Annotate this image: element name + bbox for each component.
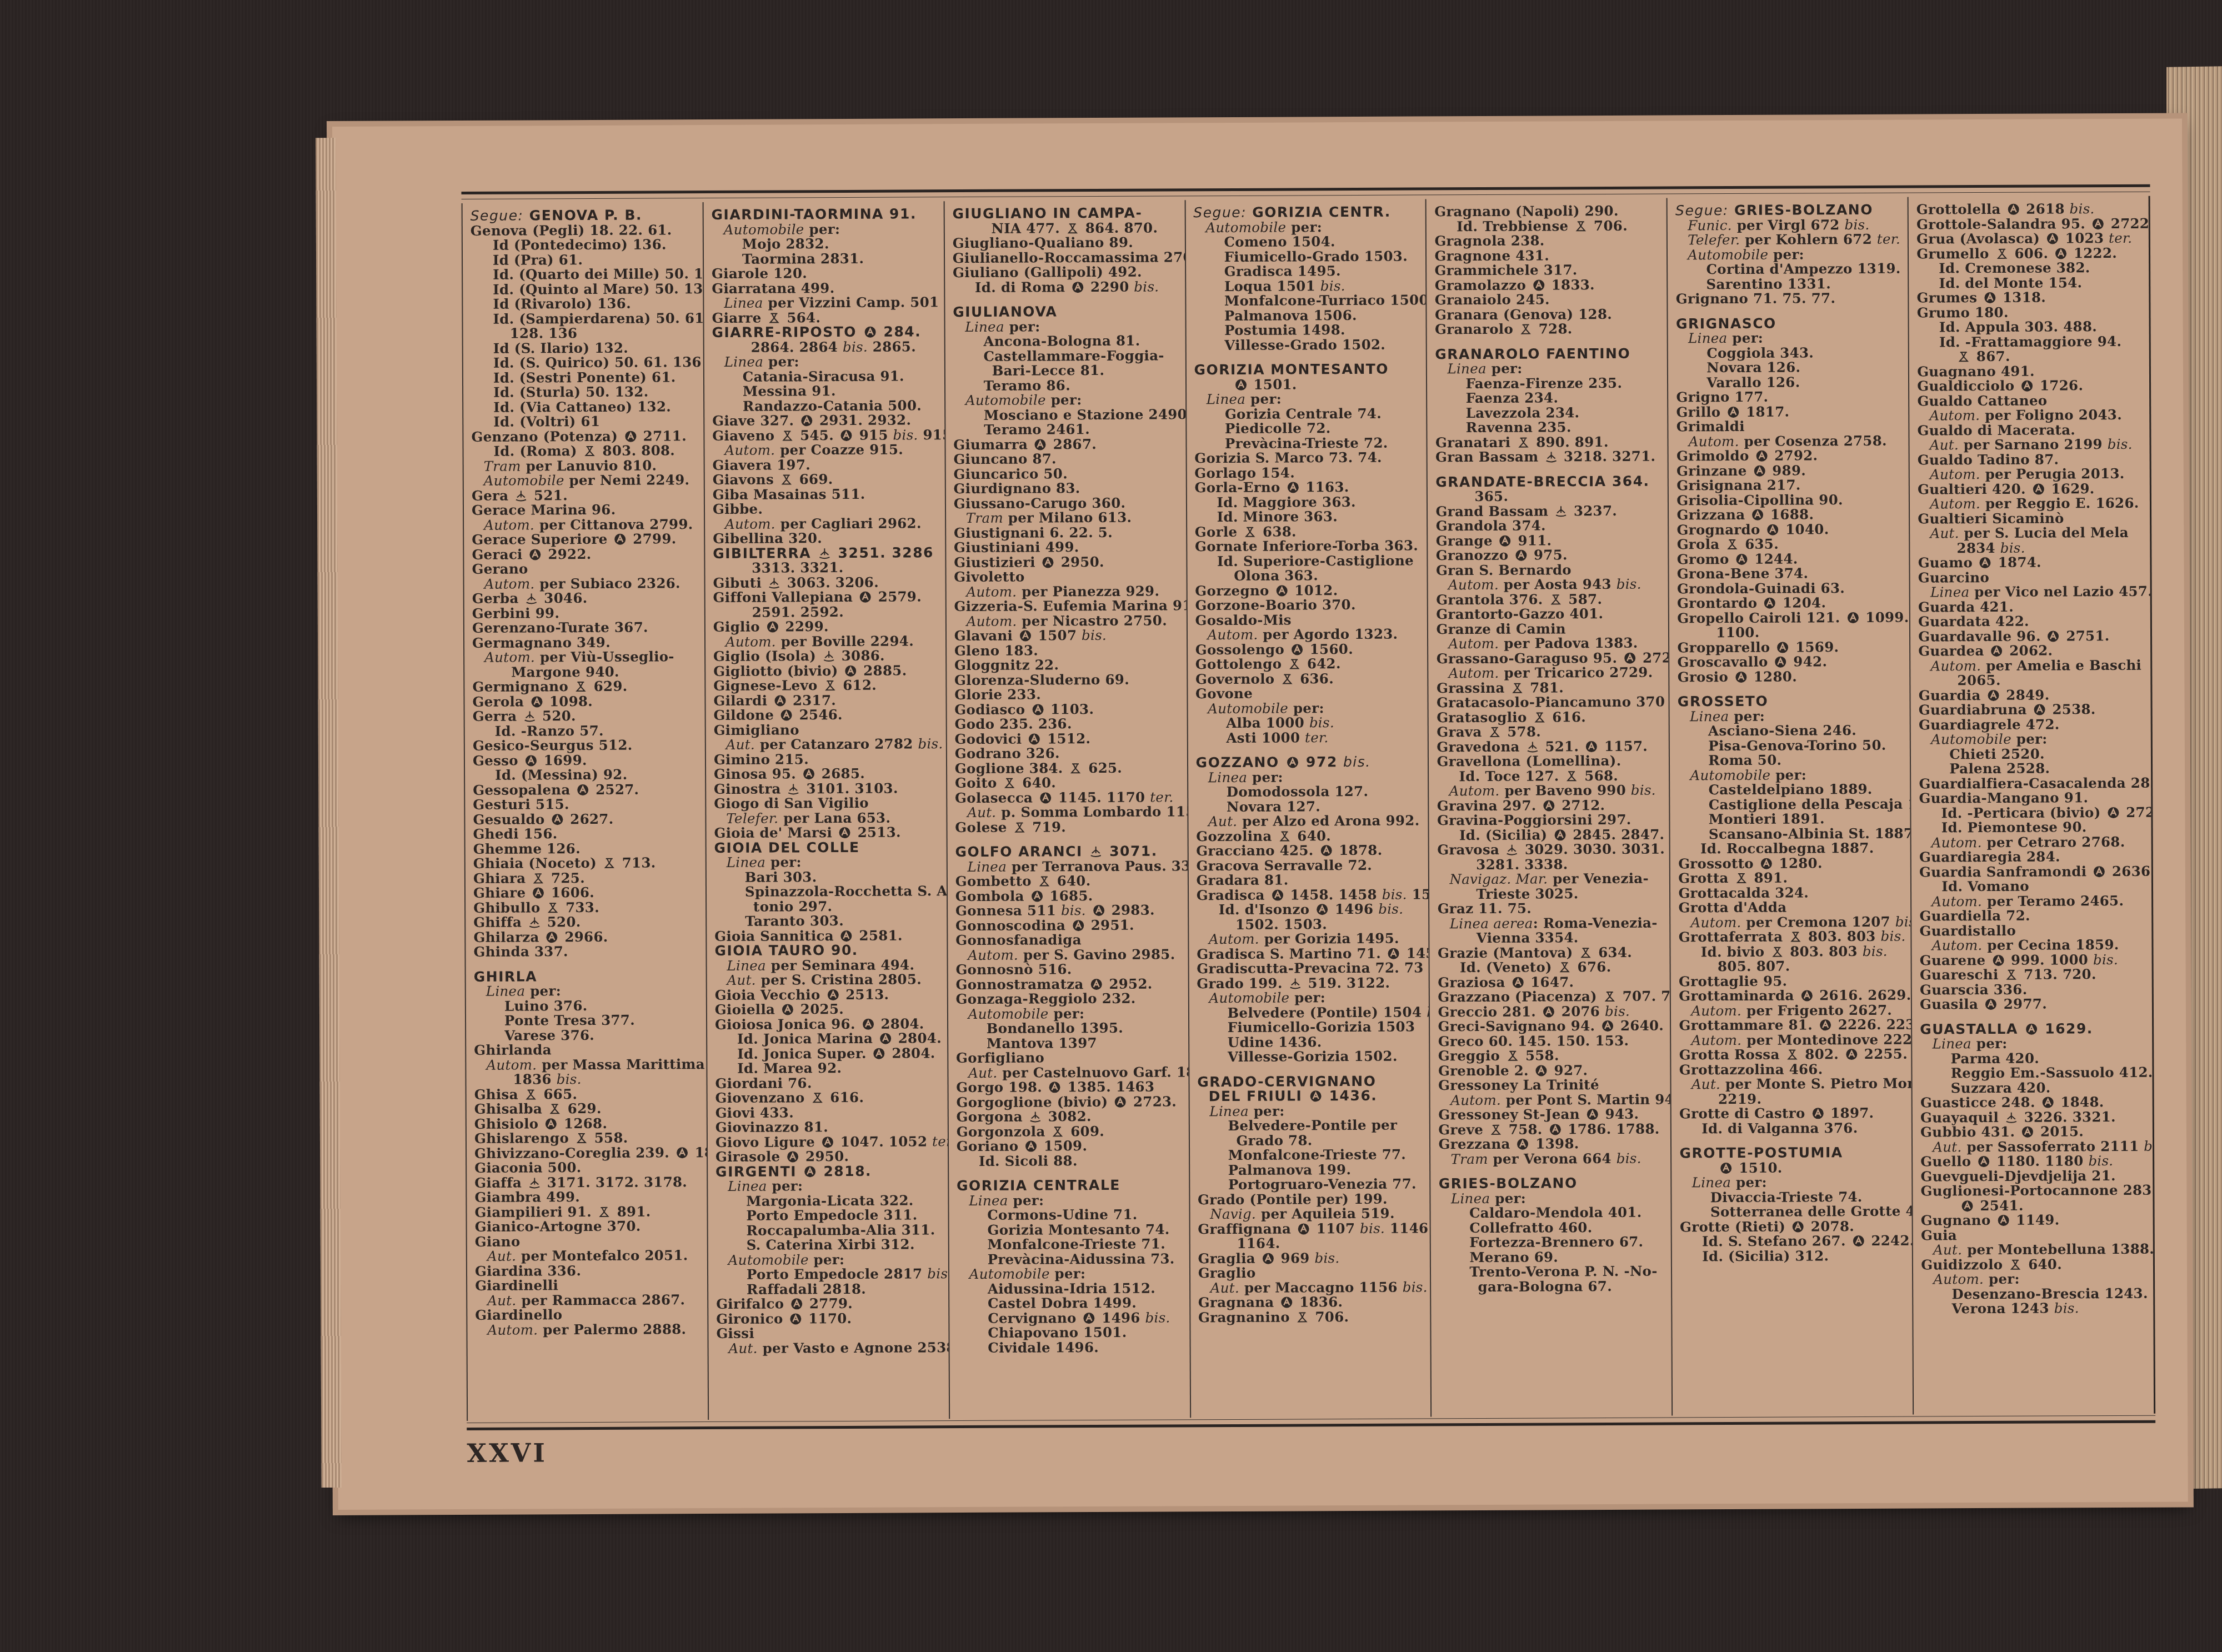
section-heading: GIARRE-RIPOSTO 284. bbox=[712, 324, 939, 340]
index-entry: Granozzo 975. bbox=[1436, 548, 1664, 563]
service-line: Linea per: bbox=[1435, 361, 1663, 377]
index-entry: Gioia Sannitica 2581. bbox=[714, 928, 942, 944]
service-line: Autom. per Foligno 2043. bbox=[1917, 408, 2145, 423]
service-line: Aut. per S. Cristina 2805. bbox=[715, 972, 943, 988]
continuation-line: Bari-Lecce 81. bbox=[953, 363, 1181, 378]
index-subentry: Id. di Valganna 376. bbox=[1679, 1120, 1907, 1136]
destination-line: Lavezzola 234. bbox=[1435, 405, 1663, 420]
index-entry: Giardinello bbox=[475, 1307, 703, 1323]
tram-station-icon bbox=[575, 1132, 588, 1144]
destination-line: Prevàcina-Trieste 72. bbox=[1194, 435, 1422, 451]
index-entry: Ghilarza 2966. bbox=[473, 929, 701, 945]
destination-line: Pisa-Genova-Torino 50. bbox=[1678, 738, 1905, 753]
index-entry: Gioia de' Marsi 2513. bbox=[714, 825, 942, 840]
index-entry: Gravina-Poggiorsini 297. bbox=[1437, 813, 1665, 828]
index-entry: Ginosa 95. 2685. bbox=[714, 766, 942, 782]
spacer bbox=[1676, 306, 1904, 317]
index-entry: Grantola 376. 587. bbox=[1436, 592, 1664, 607]
index-entry: Graglio bbox=[1198, 1265, 1426, 1280]
index-entry: Guarscia 336. bbox=[1920, 982, 2148, 997]
index-subentry: Id (Rivarolo) 136. bbox=[471, 296, 698, 312]
index-entry: Giampilieri 91. 891. bbox=[474, 1204, 702, 1220]
automobile-service-icon bbox=[1093, 904, 1105, 917]
navigation-service-icon bbox=[1555, 505, 1567, 517]
index-column-4: Segue: GORIZIA CENTR.Automobile per:Come… bbox=[1185, 199, 1432, 1418]
automobile-service-icon bbox=[1554, 829, 1566, 841]
service-line: Autom. per Subiaco 2326. bbox=[472, 576, 700, 592]
tram-station-icon bbox=[1771, 945, 1783, 958]
automobile-service-icon bbox=[1272, 889, 1284, 901]
navigation-service-icon bbox=[818, 547, 830, 559]
index-entry: Guagnano 491. bbox=[1917, 363, 2145, 379]
automobile-service-icon bbox=[1515, 549, 1527, 562]
destination-line: Ponte Tresa 377. bbox=[474, 1013, 702, 1028]
index-entry: Giba Masainas 511. bbox=[713, 487, 940, 502]
automobile-service-icon bbox=[1961, 1200, 1974, 1212]
index-entry: Giavons 669. bbox=[713, 472, 940, 487]
destination-line: Novara 126. bbox=[1676, 360, 1904, 376]
destination-line: Asti 1000 ter. bbox=[1195, 730, 1423, 745]
index-entry: Grisolia-Cipollina 90. bbox=[1676, 492, 1904, 508]
automobile-service-icon bbox=[844, 664, 857, 677]
destination-line: Desenzano-Brescia 1243. bbox=[1921, 1286, 2149, 1301]
index-entry: Graffignana 1107 bis. 1146 bis. bbox=[1198, 1221, 1425, 1237]
automobile-service-icon bbox=[1978, 1155, 1990, 1168]
destination-line: Villesse-Grado 1502. bbox=[1194, 337, 1422, 353]
service-line: Automobile per: bbox=[1197, 990, 1424, 1005]
index-entry: Ginostra 3101. 3103. bbox=[714, 781, 942, 797]
automobile-service-icon bbox=[1997, 1214, 2009, 1227]
index-entry: Giffoni Vallepiana 2579. bbox=[713, 589, 941, 605]
index-subentry: Id. Piemontese 90. bbox=[1919, 820, 2147, 835]
index-entry: Goriano 1509. bbox=[957, 1138, 1184, 1154]
navigation-service-icon bbox=[788, 783, 800, 795]
index-entry: Gugnano 1149. bbox=[1921, 1213, 2149, 1228]
automobile-service-icon bbox=[2107, 806, 2119, 818]
automobile-service-icon bbox=[1262, 1252, 1274, 1264]
index-entry: Greco 60. 145. 150. 153. bbox=[1438, 1033, 1666, 1049]
index-entry: Giavera 197. bbox=[712, 457, 940, 473]
index-entry: Gombetto 640. bbox=[955, 873, 1183, 889]
automobile-service-icon bbox=[1025, 1140, 1037, 1152]
service-line: Telefer. per Kohlern 672 ter. bbox=[1675, 232, 1903, 248]
destination-line: Teramo 2461. bbox=[953, 422, 1181, 437]
index-entry: Gorlago 154. bbox=[1194, 465, 1422, 480]
index-entry: Grammichele 317. bbox=[1435, 263, 1663, 278]
automobile-service-icon bbox=[1735, 670, 1747, 683]
index-entry: Greci-Savignano 94. 2640. bbox=[1438, 1019, 1665, 1034]
index-entry: Ghemme 126. bbox=[473, 841, 701, 857]
automobile-service-icon bbox=[2093, 865, 2105, 878]
index-entry: Guamo 1874. bbox=[1918, 555, 2146, 570]
service-line: Linea per: bbox=[474, 983, 702, 999]
navigation-service-icon bbox=[1029, 1110, 1042, 1123]
destination-line: Luino 376. bbox=[474, 998, 702, 1014]
continuation-line: gara-Bologna 67. bbox=[1439, 1279, 1667, 1294]
index-subentry: Id. (Quinto al Mare) 50. 132. bbox=[471, 282, 698, 297]
destination-line: Coggiola 343. bbox=[1676, 345, 1904, 361]
index-entry: Guardiabruna 2538. bbox=[1919, 702, 2146, 718]
index-entry: Grossotto 1280. bbox=[1678, 855, 1906, 871]
service-line: Autom. per Viù-Usseglio- bbox=[472, 649, 700, 665]
tram-station-icon bbox=[1069, 762, 1082, 774]
automobile-service-icon bbox=[1320, 844, 1332, 857]
destination-line: Cormons-Udine 71. bbox=[957, 1207, 1184, 1223]
index-entry: Grumo 180. bbox=[1917, 304, 2145, 320]
index-entry: Givoletto bbox=[954, 569, 1182, 584]
index-entry: Groscavallo 942. bbox=[1677, 654, 1905, 670]
index-entry: Graglia 969 bis. bbox=[1198, 1250, 1425, 1266]
continuation-line: 2065. bbox=[1918, 673, 2146, 688]
index-entry: Gigliotto (bivio) 2885. bbox=[713, 663, 941, 679]
destination-line: Roma 50. bbox=[1678, 753, 1905, 768]
continuation-line: 867. bbox=[1917, 349, 2145, 364]
index-column-1: Segue: GENOVA P. B.Genova (Pegli) 18. 22… bbox=[462, 202, 709, 1421]
index-subentry: Id. (Sturla) 50. 132. bbox=[471, 384, 699, 400]
automobile-service-icon bbox=[1072, 919, 1084, 932]
index-entry: Graz 11. 75. bbox=[1438, 901, 1665, 917]
index-entry: Ghedi 156. bbox=[473, 826, 701, 842]
index-entry: Gonnosfanadiga bbox=[955, 932, 1183, 948]
index-entry: Ghirlanda bbox=[474, 1042, 702, 1058]
continuation-line: 1510. bbox=[1679, 1160, 1907, 1175]
automobile-service-icon bbox=[840, 429, 853, 441]
automobile-service-icon bbox=[1388, 947, 1400, 959]
index-entry: Giglio 2299. bbox=[713, 619, 941, 634]
automobile-service-icon bbox=[1031, 890, 1043, 902]
automobile-service-icon bbox=[1275, 584, 1288, 597]
tram-station-icon bbox=[1533, 711, 1545, 723]
tram-station-icon bbox=[780, 473, 793, 485]
section-heading: GIULIANOVA bbox=[953, 304, 1180, 319]
index-entry: Guayaquil 3226. 3321. bbox=[1920, 1109, 2148, 1125]
index-entry: Ghiaia (Noceto) 713. bbox=[473, 855, 701, 871]
section-heading: GIRGENTI 2818. bbox=[715, 1164, 943, 1179]
index-entry: Gonnesa 511 bis. 2983. bbox=[955, 903, 1183, 918]
index-entry: Gibellina 320. bbox=[713, 530, 940, 546]
section-heading: GRADO-CERVIGNANO bbox=[1197, 1074, 1425, 1089]
service-line: Autom. per Aosta 943 bis. bbox=[1436, 577, 1664, 593]
index-entry: Gissi bbox=[716, 1325, 944, 1341]
index-entry: Guasila 2977. bbox=[1920, 997, 2148, 1012]
destination-line: Suzzara 420. bbox=[1920, 1080, 2148, 1095]
destination-line: Mosciano e Stazione 2490. bbox=[953, 407, 1181, 423]
tram-station-icon bbox=[1726, 538, 1738, 550]
index-entry: Giuncano 87. bbox=[953, 451, 1181, 467]
automobile-service-icon bbox=[859, 591, 872, 603]
index-entry: Gradiscutta-Prevacina 72. 73 bbox=[1197, 960, 1424, 976]
destination-line: Cividale 1496. bbox=[957, 1340, 1185, 1355]
index-subentry: Id (Pontedecimo) 136. bbox=[471, 237, 698, 253]
index-entry: Giussano-Carugo 360. bbox=[954, 495, 1182, 511]
index-column-5: Gragnano (Napoli) 290.Id. Trebbiense 706… bbox=[1427, 198, 1673, 1417]
service-line: Autom. per Tricarico 2729. bbox=[1437, 665, 1664, 681]
index-entry: Guardia 2849. bbox=[1919, 687, 2146, 703]
tram-station-icon bbox=[1958, 351, 1970, 363]
tram-station-icon bbox=[1511, 682, 1523, 694]
index-entry: Gorgo 198. 1385. 1463 bbox=[956, 1079, 1184, 1095]
index-entry: Gossolengo 1560. bbox=[1195, 642, 1423, 657]
continuation-line: 805. 807. bbox=[1679, 959, 1906, 974]
destination-line: Raffadali 2818. bbox=[716, 1281, 944, 1297]
continuation-line: 1164. bbox=[1198, 1235, 1425, 1251]
index-entry: Ghisiolo 1268. bbox=[474, 1116, 702, 1132]
service-line: Aut. per S. Lucia del Mela bbox=[1918, 525, 2145, 541]
index-entry: Giuncarico 50. bbox=[953, 466, 1181, 482]
automobile-service-icon bbox=[839, 827, 851, 839]
index-entry: Grotta Rossa 802. 2255. bbox=[1679, 1047, 1907, 1063]
tram-station-icon bbox=[2005, 969, 2017, 981]
index-subentry: Id. -Perticara (bivio) 2723 bbox=[1919, 805, 2147, 820]
index-entry: Grondola-Guinadi 63. bbox=[1677, 580, 1905, 596]
section-heading: GRANAROLO FAENTINO bbox=[1435, 346, 1663, 362]
index-entry: Gioia Vecchio 2513. bbox=[715, 987, 943, 1003]
service-line: Linea per: bbox=[953, 319, 1180, 334]
section-heading: Segue: GORIZIA CENTR. bbox=[1193, 204, 1421, 220]
index-entry: Guello 1180. 1180 bis. bbox=[1920, 1154, 2148, 1169]
index-entry: Goglione 384. 625. bbox=[955, 760, 1183, 776]
spacer bbox=[474, 959, 702, 970]
tram-station-icon bbox=[584, 445, 596, 457]
tram-station-icon bbox=[1517, 436, 1529, 448]
index-entry: Gragnano (Napoli) 290. bbox=[1434, 204, 1662, 219]
tram-station-icon bbox=[547, 902, 559, 914]
index-entry: Girifalco 2779. bbox=[716, 1296, 944, 1311]
continuation-line: Vienna 3354. bbox=[1438, 930, 1665, 946]
index-entry: Ghisalba 629. bbox=[474, 1101, 702, 1117]
service-line: Telefer. per Lana 653. bbox=[714, 810, 942, 826]
index-entry: Gravedona 521. 1157. bbox=[1437, 739, 1664, 754]
automobile-service-icon bbox=[1727, 406, 1739, 418]
index-entry: Godrano 326. bbox=[955, 745, 1183, 761]
section-heading: GRIES-BOLZANO bbox=[1439, 1176, 1666, 1192]
continuation-line: 128. 136 bbox=[471, 326, 699, 341]
section-heading: GHIRLA bbox=[474, 969, 702, 984]
index-entry: Gerra 520. bbox=[473, 708, 700, 724]
automobile-service-icon bbox=[1042, 556, 1054, 568]
index-entry: Guasticce 248. 1848. bbox=[1920, 1095, 2148, 1110]
index-entry: Gesso 1699. bbox=[473, 753, 700, 768]
index-subentry: Id. Vomano bbox=[1919, 879, 2147, 894]
index-entry: Gramolazzo 1833. bbox=[1435, 277, 1663, 293]
destination-line: Taormina 2831. bbox=[712, 251, 939, 267]
destination-line: Trento-Verona P. N. -No- bbox=[1439, 1264, 1666, 1280]
index-column-3: GIUGLIANO IN CAMPA-NIA 477. 864. 870.Giu… bbox=[944, 200, 1190, 1419]
index-entry: Granaiolo 245. bbox=[1435, 292, 1663, 308]
tram-station-icon bbox=[603, 857, 615, 869]
index-entry: Gragnana 1836. bbox=[1198, 1294, 1426, 1310]
automobile-service-icon bbox=[1090, 978, 1102, 990]
automobile-service-icon bbox=[1774, 656, 1786, 668]
index-subentry: Id. di Roma 2290 bis. bbox=[953, 279, 1180, 295]
continuation-line: NIA 477. 864. 870. bbox=[952, 221, 1180, 236]
service-line: Linea per: bbox=[1194, 391, 1422, 407]
tram-station-icon bbox=[598, 1205, 610, 1218]
index-subentry: Id. -Frattamaggiore 94. bbox=[1917, 334, 2145, 349]
automobile-service-icon bbox=[1235, 378, 1247, 391]
index-entry: Govone bbox=[1195, 685, 1423, 701]
index-entry: Gubbio 431. 2015. bbox=[1920, 1124, 2148, 1140]
index-entry: Grinzane 989. bbox=[1676, 463, 1904, 478]
section-heading: GIOIA TAURO 90. bbox=[714, 943, 942, 958]
destination-line: Castellammare-Foggia- bbox=[953, 348, 1180, 364]
destination-line: Varallo 126. bbox=[1676, 374, 1904, 390]
index-subentry: Id. (Voltri) 61 bbox=[471, 414, 699, 429]
tram-station-icon bbox=[1488, 726, 1500, 738]
automobile-service-icon bbox=[790, 1298, 803, 1310]
service-line: Linea per Vizzini Camp. 501 bbox=[712, 295, 939, 311]
index-entry: Grandola 374. bbox=[1436, 518, 1664, 534]
destination-line: Belvedere-Pontile per bbox=[1197, 1118, 1425, 1133]
index-entry: Gerenzano-Turate 367. bbox=[472, 620, 700, 635]
service-line: Autom. per Teramo 2465. bbox=[1919, 893, 2147, 909]
index-entry: Giardinelli bbox=[475, 1278, 703, 1293]
index-entry: Ghibullo 733. bbox=[473, 900, 701, 915]
destination-line: Faenza-Firenze 235. bbox=[1435, 376, 1663, 391]
tram-station-icon bbox=[1579, 947, 1592, 959]
index-entry: Grignano 71. 75. 77. bbox=[1676, 291, 1904, 307]
index-entry: Godo 235. 236. bbox=[954, 716, 1182, 732]
index-entry: Giogo di San Vigilio bbox=[714, 795, 942, 811]
navigation-service-icon bbox=[528, 1177, 541, 1189]
automobile-service-icon bbox=[767, 621, 779, 633]
automobile-service-icon bbox=[676, 1147, 688, 1159]
service-line: Autom. per Reggio E. 1626. bbox=[1918, 496, 2145, 512]
index-subentry: Id. -Ranzo 57. bbox=[473, 723, 700, 739]
automobile-service-icon bbox=[800, 414, 813, 427]
automobile-service-icon bbox=[1987, 689, 1999, 701]
index-entry: Giardina 336. bbox=[475, 1263, 703, 1279]
automobile-service-icon bbox=[1114, 1095, 1127, 1108]
index-entry: Guardiagrele 472. bbox=[1919, 717, 2146, 732]
tram-station-icon bbox=[1038, 875, 1050, 887]
automobile-service-icon bbox=[1751, 509, 1764, 521]
service-line: Aut. per Maccagno 1156 bis. bbox=[1198, 1280, 1426, 1295]
automobile-service-icon bbox=[1587, 1108, 1599, 1120]
automobile-service-icon bbox=[1499, 534, 1512, 547]
automobile-service-icon bbox=[787, 1150, 799, 1163]
index-entry: Giordani 76. bbox=[715, 1075, 943, 1091]
service-line: Autom. per: bbox=[1921, 1271, 2149, 1287]
section-heading: GORIZIA MONTESANTO bbox=[1194, 362, 1422, 377]
index-subentry: Id. Minore 363. bbox=[1195, 509, 1423, 524]
automobile-service-icon bbox=[525, 754, 537, 767]
index-entry: Gravellona (Lomellina). bbox=[1437, 754, 1664, 769]
service-line: Linea per: bbox=[1678, 708, 1905, 724]
destination-line: Aidussina-Idria 1512. bbox=[957, 1281, 1185, 1296]
index-entry: Gerace Superiore 2799. bbox=[472, 532, 699, 547]
section-heading: GROTTE-POSTUMIA bbox=[1679, 1145, 1907, 1161]
index-entry: Guardata 422. bbox=[1918, 614, 2146, 629]
index-subentry: Id. Superiore-Castiglione bbox=[1195, 553, 1423, 569]
destination-line: Cervignano 1496 bis. bbox=[957, 1310, 1185, 1326]
destination-line: Sotterranea delle Grotte 405. bbox=[1680, 1204, 1908, 1220]
index-entry: Gianico-Artogne 370. bbox=[475, 1219, 703, 1234]
continuation-line: Trieste 3025. bbox=[1437, 886, 1665, 902]
destination-line: Prevàcina-Aidussina 73. bbox=[957, 1251, 1185, 1267]
automobile-service-icon bbox=[1287, 481, 1299, 493]
automobile-service-icon bbox=[1585, 740, 1598, 753]
continuation-line: Olona 363. bbox=[1195, 568, 1423, 583]
index-entry: Girasole 2950. bbox=[715, 1149, 943, 1164]
automobile-service-icon bbox=[531, 695, 543, 708]
index-subentry: Id. bivio 803. 803 bis. bbox=[1679, 944, 1906, 959]
destination-line: Messina 91. bbox=[712, 383, 940, 399]
index-entry: Giovo Ligure 1047. 1052 ter. bbox=[715, 1134, 943, 1150]
section-heading: GIUGLIANO IN CAMPA- bbox=[952, 206, 1180, 221]
automobile-service-icon bbox=[1287, 756, 1299, 768]
index-subentry: Id. S. Stefano 267. 2242. bbox=[1680, 1234, 1908, 1249]
navigation-service-icon bbox=[1545, 450, 1557, 463]
tram-station-icon bbox=[1278, 830, 1290, 842]
tram-station-icon bbox=[1281, 673, 1293, 685]
service-line: Automobile per Nemi 2249. bbox=[472, 473, 699, 488]
destination-line: Domodossola 127. bbox=[1196, 784, 1424, 799]
section-heading: GIBILTERRA 3251. 3286 bbox=[713, 545, 940, 561]
destination-line: Palena 2528. bbox=[1919, 761, 2146, 777]
service-line: Autom. per S. Gavino 2985. bbox=[955, 947, 1183, 963]
tram-station-icon bbox=[1575, 220, 1587, 232]
navigation-service-icon bbox=[2005, 1111, 2018, 1123]
index-subentry: Id. Sicoli 88. bbox=[957, 1153, 1184, 1169]
destination-line: Fiumicello-Grado 1503. bbox=[1194, 249, 1422, 264]
service-line: Autom. per Palermo 2888. bbox=[475, 1322, 703, 1338]
tram-station-icon bbox=[1490, 1123, 1502, 1135]
navigation-service-icon bbox=[1289, 977, 1301, 989]
index-subentry: Id. Maggiore 363. bbox=[1194, 494, 1422, 510]
destination-line: Faenza 234. bbox=[1435, 391, 1663, 406]
tram-station-icon bbox=[811, 1092, 823, 1104]
automobile-service-icon bbox=[862, 1018, 874, 1030]
index-subentry: Id. Jonica Marina 2804. bbox=[715, 1031, 943, 1047]
index-entry: Gibbe. bbox=[713, 501, 940, 517]
index-entry: Giovinazzo 81. bbox=[715, 1119, 943, 1135]
index-entry: Giustignani 6. 22. 5. bbox=[954, 525, 1182, 540]
destination-line: Verona 1243 bis. bbox=[1921, 1301, 2149, 1316]
page-number: XXVI bbox=[467, 1438, 547, 1468]
automobile-service-icon bbox=[1760, 857, 1773, 869]
automobile-service-icon bbox=[879, 1033, 892, 1045]
automobile-service-icon bbox=[551, 813, 563, 825]
index-entry: Guarene 999. 1000 bis. bbox=[1920, 952, 2148, 968]
index-entry: Gragnola 238. bbox=[1434, 233, 1662, 249]
tram-station-icon bbox=[768, 312, 780, 324]
navigation-service-icon bbox=[1506, 844, 1518, 856]
index-entry: Gesturi 515. bbox=[473, 797, 700, 812]
index-entry: Giarole 120. bbox=[712, 266, 939, 281]
service-line: Autom. per Gorizia 1495. bbox=[1197, 931, 1424, 947]
automobile-service-icon bbox=[822, 1136, 834, 1148]
destination-line: Monfalcone-Trieste 71. bbox=[957, 1237, 1184, 1252]
destination-line: Varese 376. bbox=[474, 1028, 702, 1043]
index-entry: Gonzaga-Reggiolo 232. bbox=[956, 991, 1184, 1007]
service-line: Aut. per Sassoferrato 2111 bis bbox=[1920, 1139, 2148, 1154]
index-subentry: Id. (Via Cattaneo) 132. bbox=[471, 399, 699, 415]
index-entry: Grottaminarda 2616. 2629. bbox=[1679, 988, 1906, 1004]
index-subentry: Id. (Sampierdarena) 50. 61 bbox=[471, 311, 698, 327]
index-entry: Giovenzano 616. bbox=[715, 1090, 943, 1105]
navigation-service-icon bbox=[523, 710, 536, 722]
destination-line: Teramo 86. bbox=[953, 378, 1181, 393]
index-entry: Guardialfiera-Casacalenda 283. bbox=[1919, 775, 2146, 791]
service-line: Linea per Vico nel Lazio 457. bbox=[1918, 584, 2146, 600]
tram-station-icon bbox=[1604, 990, 1616, 1003]
tram-station-icon bbox=[1995, 247, 2008, 259]
destination-line: Mantova 1397 bbox=[956, 1035, 1184, 1051]
destination-line: Alba 1000 bis. bbox=[1195, 715, 1423, 730]
service-line: Linea per: bbox=[957, 1193, 1184, 1208]
automobile-service-icon bbox=[1984, 292, 1996, 304]
